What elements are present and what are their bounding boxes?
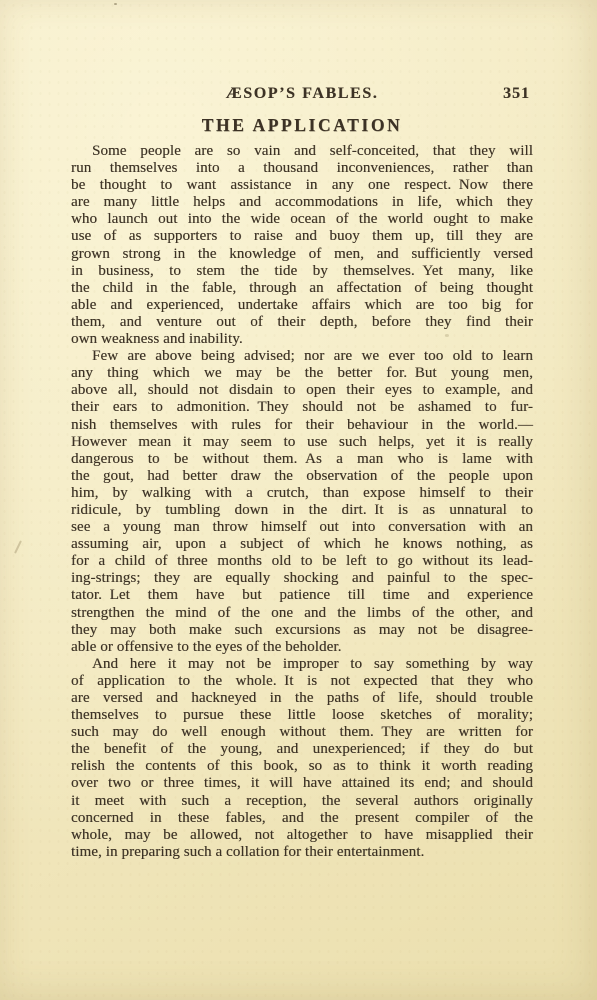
paragraph: Some people are so vain and self-conceit…	[71, 143, 533, 348]
text-line: tator. Let them have but patience till t…	[71, 587, 533, 604]
text-line: the gout, had better draw the observatio…	[71, 468, 533, 485]
text-line: And here it may not be improper to say s…	[71, 656, 533, 673]
text-line: themselves to pursue these little loose …	[71, 707, 533, 724]
text-line: able and experienced, undertake affairs …	[71, 297, 533, 314]
page-number: 351	[503, 85, 530, 103]
text-line: see a young man throw himself out into c…	[71, 519, 533, 536]
page-header: ÆSOP’S FABLES. 351	[71, 85, 533, 103]
text-line: use of as supporters to raise and buoy t…	[71, 228, 533, 245]
text-line: ridicule, by tumbling down in the dirt. …	[71, 502, 533, 519]
body-text: Some people are so vain and self-conceit…	[71, 143, 533, 861]
text-line: However mean it may seem to use such hel…	[71, 434, 533, 451]
text-line: for a child of three months old to be le…	[71, 553, 533, 570]
paper-scratch	[14, 540, 22, 553]
paragraph: Few are above being advised; nor are we …	[71, 348, 533, 656]
text-line: over two or three times, it will have at…	[71, 775, 533, 792]
text-line: they may both make such excursions as ma…	[71, 622, 533, 639]
paragraph: And here it may not be improper to say s…	[71, 656, 533, 861]
text-line: able or offensive to the eyes of the beh…	[71, 639, 533, 656]
text-line: nish themselves with rules for their beh…	[71, 417, 533, 434]
text-line: relish the contents of this book, so as …	[71, 758, 533, 775]
text-line: time, in preparing such a collation for …	[71, 844, 533, 861]
text-line: who launch out into the wide ocean of th…	[71, 211, 533, 228]
text-line: assuming air, upon a subject of which he…	[71, 536, 533, 553]
text-line: of application to the whole. It is not e…	[71, 673, 533, 690]
text-line: whole, may be allowed, not altogether to…	[71, 827, 533, 844]
running-title: ÆSOP’S FABLES.	[71, 85, 533, 103]
text-line: dangerous to be without them. As a man w…	[71, 451, 533, 468]
text-line: grown strong in the knowledge of men, an…	[71, 246, 533, 263]
text-line: run themselves into a thousand inconveni…	[71, 160, 533, 177]
book-page: ÆSOP’S FABLES. 351 THE APPLICATION Some …	[0, 0, 597, 1000]
text-line: strengthen the mind of the one and the l…	[71, 605, 533, 622]
text-line: concerned in these fables, and the prese…	[71, 810, 533, 827]
text-line: above all, should not disdain to open th…	[71, 382, 533, 399]
text-line: the child in the fable, through an affec…	[71, 280, 533, 297]
text-line: such may do well enough without them. Th…	[71, 724, 533, 741]
text-line: it meet with such a reception, the sever…	[71, 793, 533, 810]
text-line: ing-strings; they are equally shocking a…	[71, 570, 533, 587]
text-line: are many little helps and accommodations…	[71, 194, 533, 211]
text-line: own weakness and inability.	[71, 331, 533, 348]
text-line: any thing which we may be the better for…	[71, 365, 533, 382]
section-heading: THE APPLICATION	[71, 115, 533, 136]
paper-speck	[114, 3, 117, 5]
text-line: him, by walking with a crutch, than expo…	[71, 485, 533, 502]
text-line: Some people are so vain and self-conceit…	[71, 143, 533, 160]
text-line: them, and venture out of their depth, be…	[71, 314, 533, 331]
text-line: Few are above being advised; nor are we …	[71, 348, 533, 365]
text-line: be thought to want assistance in any one…	[71, 177, 533, 194]
text-line: the benefit of the young, and unexperien…	[71, 741, 533, 758]
text-line: are versed and hackneyed in the paths of…	[71, 690, 533, 707]
text-line: in business, to stem the tide by themsel…	[71, 263, 533, 280]
text-line: their ears to admonition. They should no…	[71, 399, 533, 416]
